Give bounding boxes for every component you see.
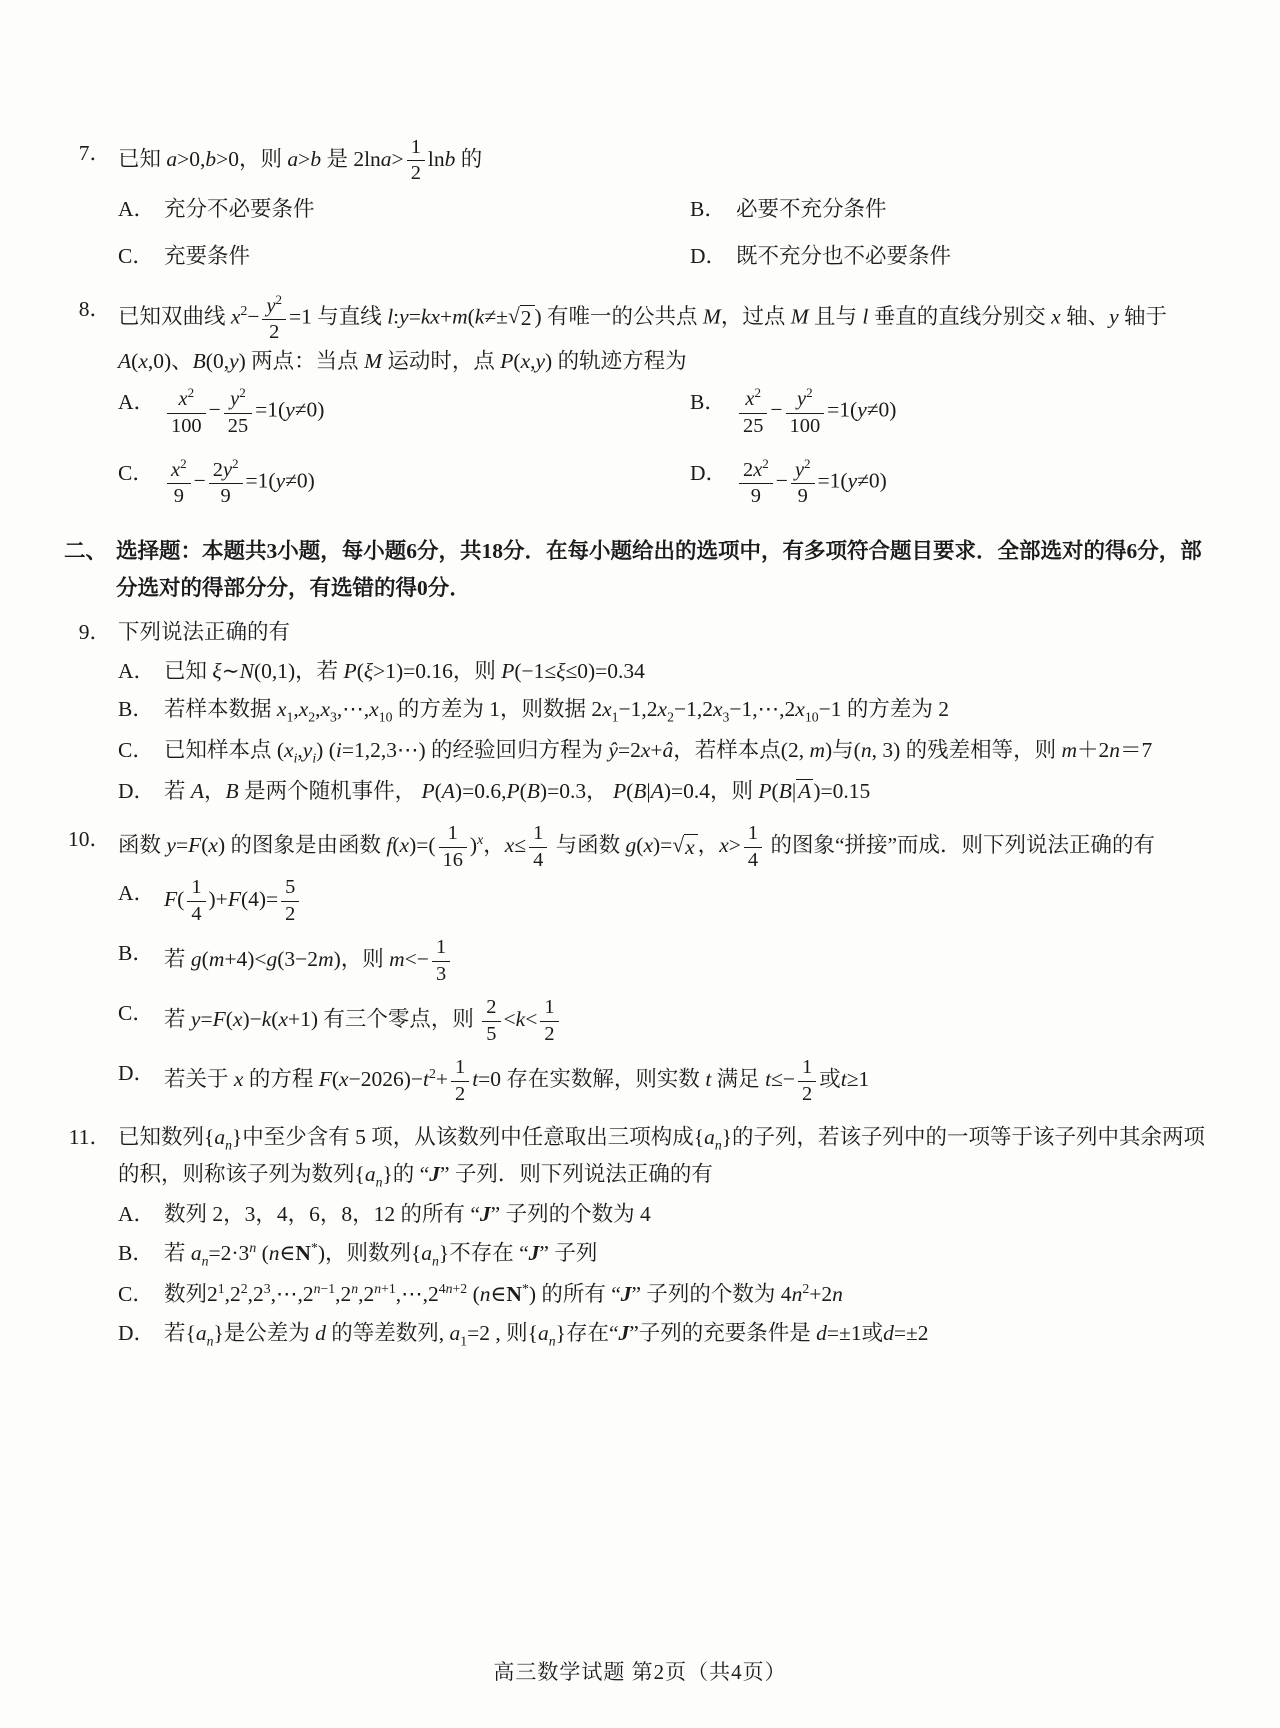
option-text: 充要条件 [164,239,690,274]
question-9-option-d: D． 若 A，B 是两个随机事件， P(A)=0.6,P(B)=0.3， P(B… [118,774,1218,809]
question-7-option-b: B． 必要不充分条件 [690,192,1218,227]
question-10-options: A． F(14)+F(4)=52 B． 若 g(m+4)<g(3−2m)，则 m… [64,876,1218,1106]
option-text: 若关于 x 的方程 F(x−2026)−t2+12t=0 存在实数解，则实数 t… [164,1056,1218,1106]
question-9-stem-text: 下列说法正确的有 [118,615,1218,650]
question-11: 11． 已知数列{an}中至少含有 5 项，从该数列中任意取出三项构成{an}的… [64,1120,1218,1352]
exam-page: 7． 已知 a>0,b>0，则 a>b 是 2lna>12lnb 的 A． 充分… [0,0,1280,1728]
option-label: D． [118,1316,164,1353]
option-label: B． [118,936,164,986]
question-7: 7． 已知 a>0,b>0，则 a>b 是 2lna>12lnb 的 A． 充分… [64,136,1218,278]
section-2-label: 二、 [64,533,116,607]
option-text: 充分不必要条件 [164,192,690,227]
question-11-option-d: D． 若{an}是公差为 d 的等差数列, a1=2 , 则{an}存在“J”子… [118,1316,1218,1353]
option-label: A． [118,876,164,926]
option-text: x29−2y29=1(y≠0) [164,456,690,509]
option-label: B． [118,692,164,729]
option-label: B． [690,385,736,438]
question-8-option-b: B． x225−y2100=1(y≠0) [690,385,1218,438]
question-9-option-a: A． 已知 ξ∼N(0,1)，若 P(ξ>1)=0.16，则 P(−1≤ξ≤0)… [118,654,1218,689]
question-11-options: A． 数列 2，3，4，6，8，12 的所有 “J” 子列的个数为 4 B． 若… [64,1197,1218,1352]
question-9-option-c: C． 已知样本点 (xi,yi) (i=1,2,3⋯) 的经验回归方程为 ŷ=2… [118,733,1218,770]
question-7-option-a: A． 充分不必要条件 [118,192,690,227]
question-8-options: A． x2100−y225=1(y≠0) B． x225−y2100=1(y≠0… [64,385,1218,519]
option-label: D． [690,239,736,274]
question-11-option-b: B． 若 an=2·3n (n∈N*)，则数列{an}不存在 “J” 子列 [118,1236,1218,1273]
question-9-stem: 9． 下列说法正确的有 [64,615,1218,650]
option-label: C． [118,456,164,509]
question-7-number: 7． [64,136,118,186]
question-8: 8． 已知双曲线 x2−y22=1 与直线 l:y=kx+m(k≠±√2) 有唯… [64,292,1218,519]
question-10-option-b: B． 若 g(m+4)<g(3−2m)，则 m<−13 [118,936,1218,986]
option-label: A． [118,192,164,227]
option-label: B． [118,1236,164,1273]
question-7-option-c: C． 充要条件 [118,239,690,274]
option-text: x225−y2100=1(y≠0) [736,385,1218,438]
question-8-option-d: D． 2x29−y29=1(y≠0) [690,456,1218,509]
question-10-option-c: C． 若 y=F(x)−k(x+1) 有三个零点，则 25<k<12 [118,996,1218,1046]
question-10: 10． 函数 y=F(x) 的图象是由函数 f(x)=(116)x，x≤14 与… [64,822,1218,1106]
option-label: C． [118,239,164,274]
section-2-text: 选择题：本题共3小题，每小题6分，共18分．在每小题给出的选项中，有多项符合题目… [116,533,1218,607]
question-7-option-d: D． 既不充分也不必要条件 [690,239,1218,274]
option-label: C． [118,996,164,1046]
question-8-number: 8． [64,292,118,380]
question-9-option-b: B． 若样本数据 x1,x2,x3,⋯,x10 的方差为 1，则数据 2x1−1… [118,692,1218,729]
page-footer: 高三数学试题 第2页（共4页） [0,1656,1280,1686]
question-11-stem-text: 已知数列{an}中至少含有 5 项，从该数列中任意取出三项构成{an}的子列，若… [118,1120,1218,1193]
option-text: 已知 ξ∼N(0,1)，若 P(ξ>1)=0.16，则 P(−1≤ξ≤0)=0.… [164,654,1218,689]
option-label: C． [118,1277,164,1312]
option-text: 若 A，B 是两个随机事件， P(A)=0.6,P(B)=0.3， P(B|A)… [164,774,1218,809]
question-11-number: 11． [64,1120,118,1193]
question-9: 9． 下列说法正确的有 A． 已知 ξ∼N(0,1)，若 P(ξ>1)=0.16… [64,615,1218,809]
option-text: 必要不充分条件 [736,192,1218,227]
question-7-options: A． 充分不必要条件 B． 必要不充分条件 C． 充要条件 D． 既不充分也不必… [64,192,1218,278]
option-label: D． [118,1056,164,1106]
question-10-stem-text: 函数 y=F(x) 的图象是由函数 f(x)=(116)x，x≤14 与函数 g… [118,822,1218,872]
option-text: 若 g(m+4)<g(3−2m)，则 m<−13 [164,936,1218,986]
option-text: 若 an=2·3n (n∈N*)，则数列{an}不存在 “J” 子列 [164,1236,1218,1273]
question-9-options: A． 已知 ξ∼N(0,1)，若 P(ξ>1)=0.16，则 P(−1≤ξ≤0)… [64,654,1218,809]
option-text: 若样本数据 x1,x2,x3,⋯,x10 的方差为 1，则数据 2x1−1,2x… [164,692,1218,729]
option-text: 数列 2，3，4，6，8，12 的所有 “J” 子列的个数为 4 [164,1197,1218,1232]
option-label: D． [118,774,164,809]
option-text: 2x29−y29=1(y≠0) [736,456,1218,509]
question-10-stem: 10． 函数 y=F(x) 的图象是由函数 f(x)=(116)x，x≤14 与… [64,822,1218,872]
question-10-number: 10． [64,822,118,872]
question-10-option-a: A． F(14)+F(4)=52 [118,876,1218,926]
option-label: A． [118,1197,164,1232]
question-8-option-c: C． x29−2y29=1(y≠0) [118,456,690,509]
question-8-stem: 8． 已知双曲线 x2−y22=1 与直线 l:y=kx+m(k≠±√2) 有唯… [64,292,1218,380]
question-11-option-c: C． 数列21,22,23,⋯,2n−1,2n,2n+1,⋯,24n+2 (n∈… [118,1277,1218,1312]
option-text: F(14)+F(4)=52 [164,876,1218,926]
question-7-stem-text: 已知 a>0,b>0，则 a>b 是 2lna>12lnb 的 [118,136,1218,186]
question-11-option-a: A． 数列 2，3，4，6，8，12 的所有 “J” 子列的个数为 4 [118,1197,1218,1232]
option-text: 若{an}是公差为 d 的等差数列, a1=2 , 则{an}存在“J”子列的充… [164,1316,1218,1353]
option-label: D． [690,456,736,509]
option-text: 数列21,22,23,⋯,2n−1,2n,2n+1,⋯,24n+2 (n∈N*)… [164,1277,1218,1312]
question-8-stem-text: 已知双曲线 x2−y22=1 与直线 l:y=kx+m(k≠±√2) 有唯一的公… [118,292,1218,380]
option-label: C． [118,733,164,770]
option-text: 已知样本点 (xi,yi) (i=1,2,3⋯) 的经验回归方程为 ŷ=2x+â… [164,733,1218,770]
question-7-stem: 7． 已知 a>0,b>0，则 a>b 是 2lna>12lnb 的 [64,136,1218,186]
section-2-header: 二、 选择题：本题共3小题，每小题6分，共18分．在每小题给出的选项中，有多项符… [64,533,1218,607]
question-10-option-d: D． 若关于 x 的方程 F(x−2026)−t2+12t=0 存在实数解，则实… [118,1056,1218,1106]
question-11-stem: 11． 已知数列{an}中至少含有 5 项，从该数列中任意取出三项构成{an}的… [64,1120,1218,1193]
option-label: B． [690,192,736,227]
option-label: A． [118,654,164,689]
option-text: 若 y=F(x)−k(x+1) 有三个零点，则 25<k<12 [164,996,1218,1046]
question-9-number: 9． [64,615,118,650]
question-8-option-a: A． x2100−y225=1(y≠0) [118,385,690,438]
option-text: x2100−y225=1(y≠0) [164,385,690,438]
option-label: A． [118,385,164,438]
option-text: 既不充分也不必要条件 [736,239,1218,274]
